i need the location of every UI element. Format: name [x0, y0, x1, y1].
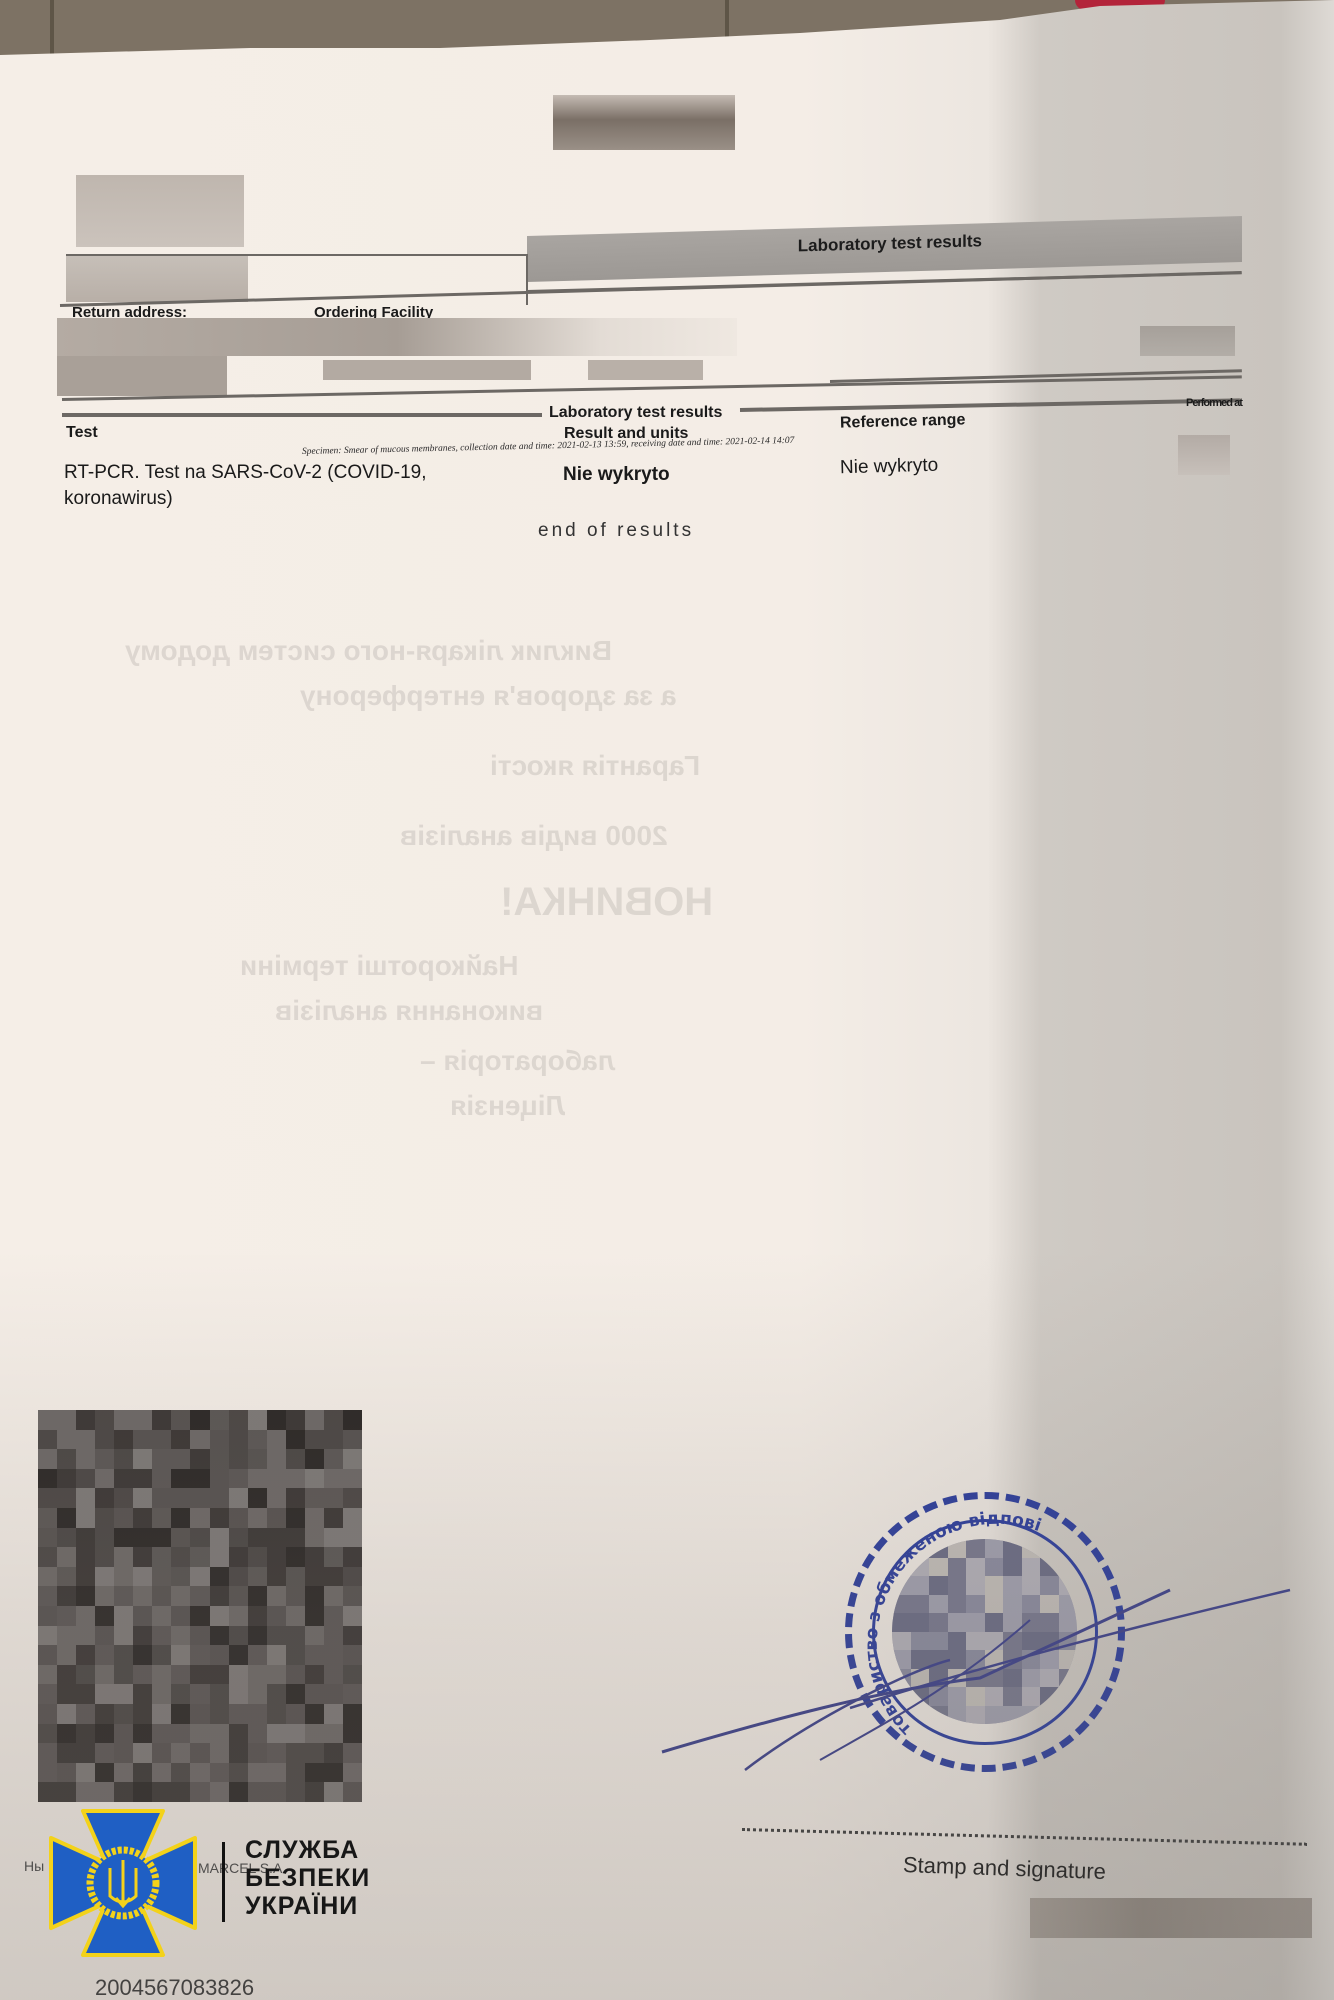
rule	[66, 254, 528, 256]
sbu-emblem-icon	[48, 1808, 198, 1958]
sbu-line-3: УКРАЇНИ	[245, 1892, 370, 1920]
bleed-through-text: Гарантія якості	[490, 750, 700, 782]
redacted-facility-line	[323, 360, 531, 380]
header-band: Laboratory test results	[527, 216, 1242, 282]
sbu-line-1: СЛУЖБА	[245, 1836, 370, 1864]
specimen-note: Specimen: Smear of mucous membranes, col…	[302, 436, 795, 457]
redacted-address-line	[57, 356, 227, 396]
redacted-lab-logo	[553, 95, 735, 150]
redacted-facility-line	[588, 360, 703, 380]
bleed-through-text: НОВИНКА!	[500, 880, 713, 925]
test-name-line2: koronawirus)	[64, 488, 173, 510]
column-header-test: Test	[66, 424, 98, 442]
bleed-through-text: Ліцензія	[450, 1090, 565, 1122]
sbu-divider	[222, 1842, 225, 1922]
photo-shadow	[0, 1250, 1334, 2000]
bleed-through-text: а за здоров'я ентерферону	[300, 680, 677, 712]
bleed-through-text: виконання аналізів	[275, 995, 543, 1027]
section-rule-left	[62, 413, 542, 417]
test-reference-range: Nie wykryto	[840, 455, 939, 480]
bleed-through-text: лабораторія –	[420, 1045, 615, 1077]
section-title: Laboratory test results	[549, 404, 722, 422]
wall-seam	[50, 0, 54, 60]
column-header-reference: Reference range	[840, 411, 966, 432]
bleed-through-text: Виклик лікаря-ного систем додому	[125, 635, 612, 667]
redacted-return-address	[57, 318, 737, 356]
end-of-results: end of results	[538, 520, 694, 542]
header-band-title: Laboratory test results	[798, 231, 982, 256]
performed-at-label: Performed at	[1186, 397, 1242, 409]
redacted-performed-at	[1140, 326, 1235, 356]
section-rule-right	[740, 398, 1240, 412]
sbu-wordmark: СЛУЖБА БЕЗПЕКИ УКРАЇНИ	[245, 1836, 370, 1920]
bleed-through-text: Найкоротші терміни	[240, 950, 519, 982]
test-result: Nie wykryto	[563, 464, 670, 486]
redacted-performed-at-code	[1178, 435, 1230, 475]
redacted-patient-name	[76, 175, 244, 247]
test-name: RT-PCR. Test na SARS-CoV-2 (COVID-19,	[64, 462, 427, 484]
header-box-divider	[526, 255, 528, 305]
bleed-through-text: 2000 видів аналізів	[400, 820, 668, 852]
redacted-patient-id	[66, 256, 248, 302]
paper-sheet: Виклик лікаря-ного систем додому а за зд…	[0, 0, 1334, 2000]
sbu-line-2: БЕЗПЕКИ	[245, 1864, 370, 1892]
